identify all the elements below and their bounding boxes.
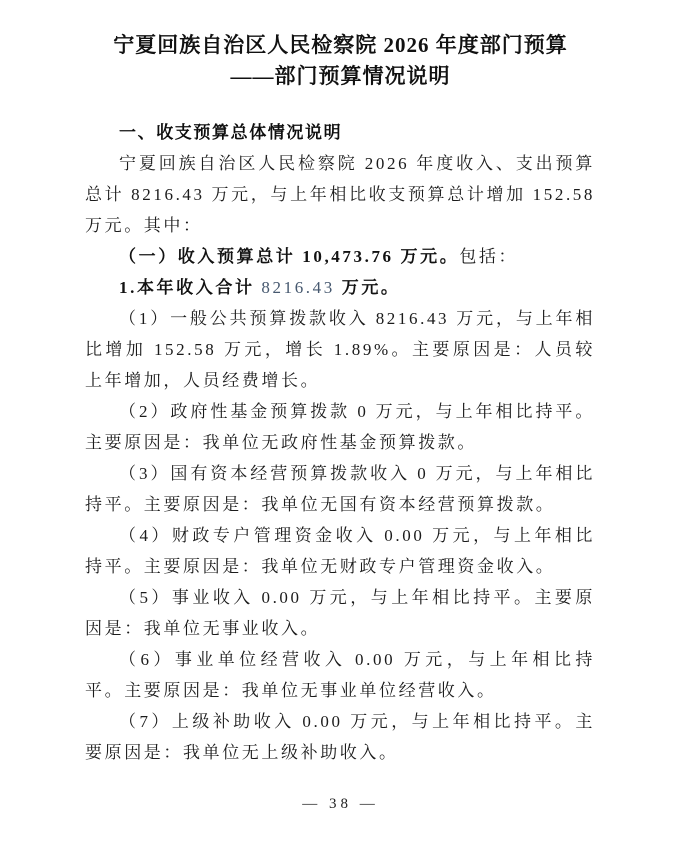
year-income-prefix: 1.本年收入合计 [119, 278, 255, 297]
document-title: 宁夏回族自治区人民检察院 2026 年度部门预算 ——部门预算情况说明 [0, 30, 681, 92]
year-income-amount: 8216.43 [255, 278, 342, 297]
document-title-line1: 宁夏回族自治区人民检察院 2026 年度部门预算 [0, 30, 681, 61]
document-body: 一、收支预算总体情况说明 宁夏回族自治区人民检察院 2026 年度收入、支出预算… [85, 117, 595, 768]
budget-item-4: （4）财政专户管理资金收入 0.00 万元，与上年相比持平。主要原因是：我单位无… [85, 520, 595, 582]
document-title-line2: ——部门预算情况说明 [0, 61, 681, 92]
budget-item-7: （7）上级补助收入 0.00 万元，与上年相比持平。主要原因是：我单位无上级补助… [85, 706, 595, 768]
budget-item-3: （3）国有资本经营预算拨款收入 0 万元，与上年相比持平。主要原因是：我单位无国… [85, 458, 595, 520]
income-total-tail-text: 包括： [459, 247, 518, 266]
paragraph-income-total: （一）收入预算总计 10,473.76 万元。包括： [85, 241, 595, 272]
paragraph-year-income: 1.本年收入合计 8216.43 万元。 [85, 272, 595, 303]
income-total-bold-text: （一）收入预算总计 10,473.76 万元。 [119, 247, 459, 266]
section-heading: 一、收支预算总体情况说明 [85, 117, 595, 148]
budget-item-6: （6）事业单位经营收入 0.00 万元，与上年相比持平。主要原因是：我单位无事业… [85, 644, 595, 706]
budget-item-2: （2）政府性基金预算拨款 0 万元，与上年相比持平。主要原因是：我单位无政府性基… [85, 396, 595, 458]
document-page: 宁夏回族自治区人民检察院 2026 年度部门预算 ——部门预算情况说明 一、收支… [0, 0, 681, 855]
budget-item-1: （1）一般公共预算拨款收入 8216.43 万元，与上年相比增加 152.58 … [85, 303, 595, 396]
budget-item-5: （5）事业收入 0.00 万元，与上年相比持平。主要原因是：我单位无事业收入。 [85, 582, 595, 644]
paragraph-overview: 宁夏回族自治区人民检察院 2026 年度收入、支出预算总计 8216.43 万元… [85, 148, 595, 241]
year-income-suffix: 万元。 [342, 278, 401, 297]
page-number: — 38 — [0, 796, 681, 813]
